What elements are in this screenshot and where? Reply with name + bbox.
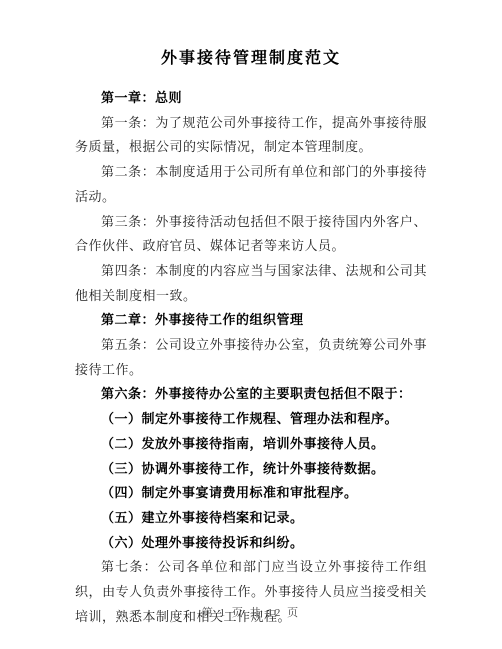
- article-6-heading: 第六条：外事接待办公室的主要职责包括但不限于：: [75, 382, 427, 407]
- page-number-footer: 第 1 页 共 12 页: [0, 604, 502, 620]
- article-4: 第四条：本制度的内容应当与国家法律、法规和公司其他相关制度相一致。: [75, 259, 427, 308]
- duty-item-2: （二）发放外事接待指南，培训外事接待人员。: [75, 432, 427, 457]
- chapter-1-heading: 第一章：总则: [75, 86, 427, 111]
- duty-item-1: （一）制定外事接待工作规程、管理办法和程序。: [75, 407, 427, 432]
- article-1: 第一条：为了规范公司外事接待工作，提高外事接待服务质量，根据公司的实际情况，制定…: [75, 111, 427, 160]
- article-5: 第五条：公司设立外事接待办公室，负责统筹公司外事接待工作。: [75, 333, 427, 382]
- document-page: 外事接待管理制度范文 第一章：总则 第一条：为了规范公司外事接待工作，提高外事接…: [0, 0, 502, 649]
- article-3: 第三条：外事接待活动包括但不限于接待国内外客户、合作伙伴、政府官员、媒体记者等来…: [75, 210, 427, 259]
- document-title: 外事接待管理制度范文: [75, 46, 427, 72]
- duty-item-3: （三）协调外事接待工作，统计外事接待数据。: [75, 457, 427, 482]
- duty-item-5: （五）建立外事接待档案和记录。: [75, 506, 427, 531]
- document-body: 第一章：总则 第一条：为了规范公司外事接待工作，提高外事接待服务质量，根据公司的…: [75, 86, 427, 629]
- article-2: 第二条：本制度适用于公司所有单位和部门的外事接待活动。: [75, 160, 427, 209]
- duty-item-4: （四）制定外事宴请费用标准和审批程序。: [75, 481, 427, 506]
- duty-item-6: （六）处理外事接待投诉和纠纷。: [75, 531, 427, 556]
- chapter-2-heading: 第二章：外事接待工作的组织管理: [75, 308, 427, 333]
